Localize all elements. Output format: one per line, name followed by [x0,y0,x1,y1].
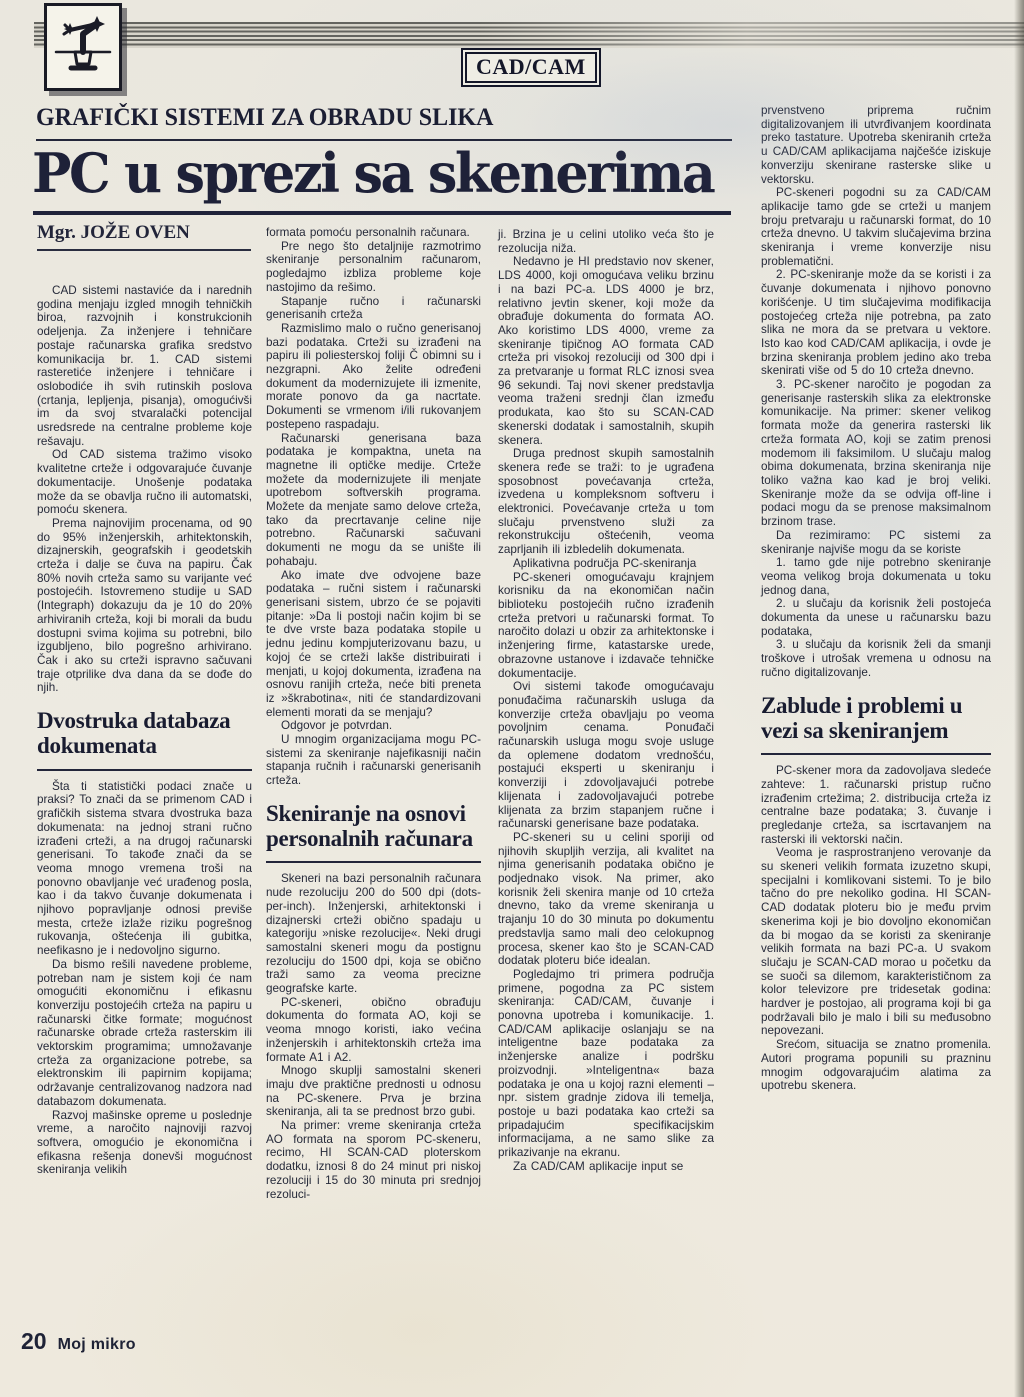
paragraph: Pre nego što detaljnije razmotrimo skeni… [266,240,481,295]
subhead-dvostruka-databaza: Dvostruka databaza dokumenata [37,708,252,771]
paragraph: 2. u slučaju da korisnik želi postojeća … [761,597,991,638]
paragraph: Nedavno je HI predstavio nov skener, LDS… [498,255,714,447]
paragraph: Da bismo rešili navedene probleme, potre… [37,958,252,1109]
paragraph: Veoma je rasprostranjeno verovanje da su… [761,846,991,1038]
masthead-stripe-fade [34,22,1024,48]
section-badge-label: CAD/CAM [465,52,597,83]
article-column-1: CAD sistemi nastaviće da i narednih godi… [37,284,252,1177]
article-kicker: GRAFIČKI SISTEMI ZA OBRADU SLIKA [36,104,493,132]
paragraph: 3. u slučaju da korisnik želi da smanji … [761,638,991,679]
paragraph: PC-skeneri omogućavaju krajnjem korisnik… [498,571,714,681]
paragraph-continuation: ji. Brzina je u celini utoliko veća što … [498,228,714,255]
paragraph: Računarski generisana baza podataka je k… [266,432,481,569]
paragraph: Za CAD/CAM aplikacije input se [498,1160,714,1174]
paragraph: U mnogim organizacijama mogu PC-sistemi … [266,733,481,788]
paragraph: Srećom, situacija se znatno promenila. A… [761,1038,991,1093]
page-footer: 20 Moj mikro [21,1328,136,1355]
paragraph-continuation: formata pomoću personalnih računara. [266,226,481,240]
article-column-3: ji. Brzina je u celini utoliko veća što … [498,228,714,1174]
article-column-4: prvenstveno priprema ručnim digitalizova… [761,104,991,1093]
magazine-title: Moj mikro [58,1336,136,1354]
paragraph: Mnogo skuplji samostalni skeneri imaju d… [266,1064,481,1119]
paragraph: Od CAD sistema tražimo visoko kvalitetne… [37,448,252,517]
page-edge-shadow [1014,0,1024,1397]
paragraph: PC-skeneri, obično obrađuju dokumenta do… [266,996,481,1065]
paragraph-continuation: prvenstveno priprema ručnim digitalizova… [761,104,991,186]
paragraph: 3. PC-skener naročito je pogodan za gene… [761,378,991,529]
paragraph: Aplikativna područja PC-skeniranja [498,557,714,571]
paragraph: PC-skeneri pogodni su za CAD/CAM aplikac… [761,186,991,268]
robot-arm-icon [54,12,112,83]
paragraph: Pogledajmo tri primera područja primene,… [498,968,714,1160]
paragraph: 1. tamo gde nije potrebno skeniranje veo… [761,556,991,597]
article-title: PC u sprezi sa skenerima [32,141,713,205]
paragraph: Na primer: vreme skeniranja crteža AO fo… [266,1119,481,1201]
paragraph: Šta ti statistički podaci znače u praksi… [37,780,252,958]
paragraph: 2. PC-skeniranje može da se koristi i za… [761,268,991,378]
title-rule [33,211,731,215]
paragraph: Ako imate dve odvojene baze podataka – r… [266,569,481,720]
paragraph: Ovi sistemi takođe omogućavaju ponuđačim… [498,680,714,831]
paragraph: Druga prednost skupih samostalnih skener… [498,447,714,557]
paragraph: PC-skeneri su u celini sporiji od njihov… [498,831,714,968]
paragraph: Da rezimiramo: PC sistemi za skeniranje … [761,529,991,556]
subhead-zablude-i-problemi: Zablude i problemi u vezi sa skeniranjem [761,693,991,756]
paragraph: Stapanje ručno i računarski generisanih … [266,295,481,322]
section-logo [44,3,122,91]
page-number: 20 [21,1328,47,1355]
paragraph: CAD sistemi nastaviće da i narednih godi… [37,284,252,448]
author-rule [37,249,251,251]
section-badge: CAD/CAM [461,48,601,87]
paragraph: PC-skener mora da zadovoljava sledeće za… [761,764,991,846]
magazine-page: { "header": { "section_badge": "CAD/CAM"… [0,0,1024,1397]
paragraph: Odgovor je potvrdan. [266,719,481,733]
article-column-2: formata pomoću personalnih računara. Pre… [266,226,481,1201]
author-byline: Mgr. JOŽE OVEN [37,222,190,244]
paragraph: Razmislimo malo o ručno generisanoj bazi… [266,322,481,432]
subhead-skeniranje-na-osnovi: Skeniranje na osnovi personalnih računar… [266,801,481,864]
paragraph: Razvoj mašinske opreme u poslednje vreme… [37,1109,252,1178]
paragraph: Skeneri na bazi personalnih računara nud… [266,872,481,995]
paragraph: Prema najnovijim procenama, od 90 do 95%… [37,517,252,695]
